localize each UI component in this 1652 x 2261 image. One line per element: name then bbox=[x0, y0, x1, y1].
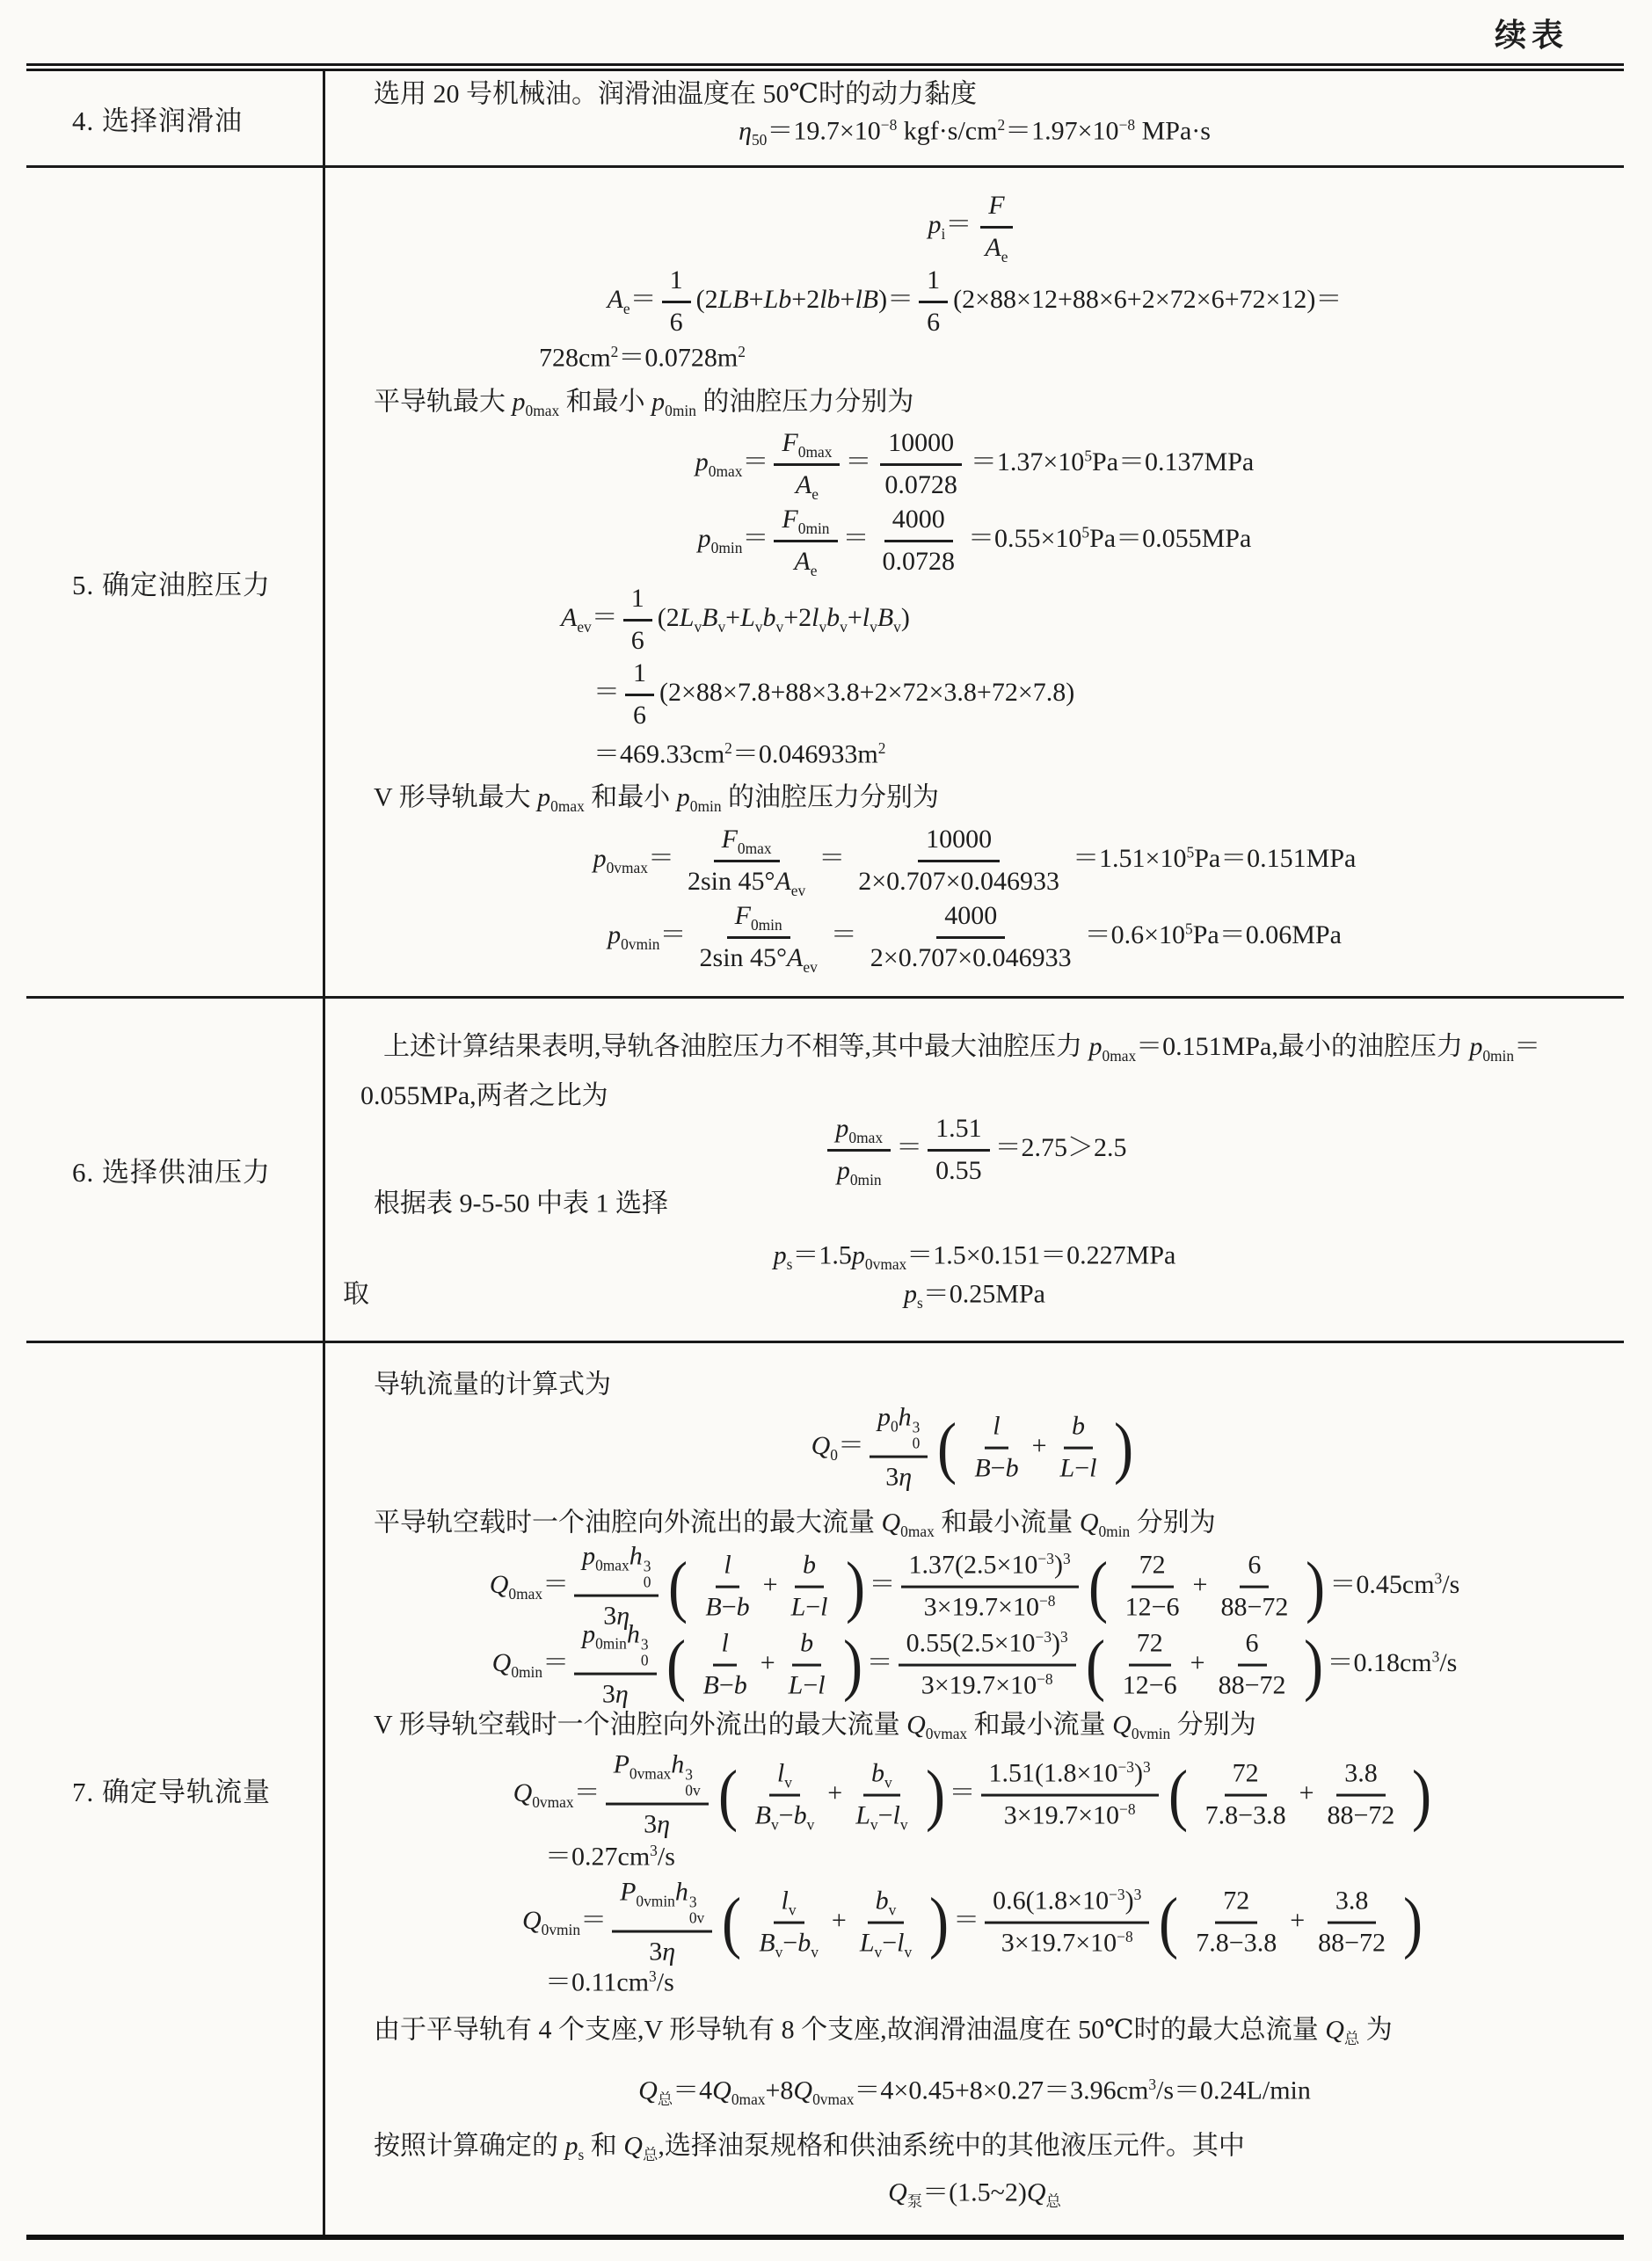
formula-aev: Aev＝16(2LvBv+Lvbv+2lvbv+lvBv) bbox=[561, 583, 910, 657]
formula-q0vmin: Q0vmin＝P0vminh30v3η(lvBv−bv+bvLv−lv)＝0.6… bbox=[325, 1877, 1624, 1969]
step4-label: 4. 选择润滑油 bbox=[26, 98, 243, 138]
flat-rail-flow-text: 平导轨空载时一个油腔向外流出的最大流量 Q0max 和最小流量 Q0min 分别… bbox=[374, 1506, 1216, 1539]
formula-qtotal: Q总＝4Q0max+8Q0vmax＝4×0.45+8×0.27＝3.96cm3/… bbox=[325, 2074, 1624, 2107]
step6-label: 6. 选择供油压力 bbox=[26, 1150, 271, 1189]
flat-rail-pressure-text: 平导轨最大 p0max 和最小 p0min 的油腔压力分别为 bbox=[374, 385, 913, 418]
calculation-table: 4. 选择润滑油 选用 20 号机械油。润滑油温度在 50℃时的动力黏度 η50… bbox=[26, 63, 1624, 2240]
continuation-label: 续表 bbox=[1495, 11, 1568, 55]
step7-content-cell: 导轨流量的计算式为 Q0＝p0h303η(lB−b+bL−l) 平导轨空载时一个… bbox=[325, 1343, 1624, 2235]
formula-pi: pi＝FAe bbox=[325, 190, 1624, 264]
formula-q0vmin-result: ＝0.11cm3/s bbox=[545, 1966, 674, 1999]
step7-label-cell: 7. 确定导轨流量 bbox=[26, 1343, 325, 2235]
formula-p0vmin: p0vmin＝F0min2sin 45°Aev＝40002×0.707×0.04… bbox=[325, 900, 1624, 974]
formula-ps-chosen-line: 取 ps＝0.25MPa bbox=[325, 1277, 1624, 1311]
pump-selection-text: 按照计算确定的 ps 和 Q总,选择油泵规格和供油系统中的其他液压元件。其中 bbox=[374, 2129, 1245, 2163]
step4-content-cell: 选用 20 号机械油。润滑油温度在 50℃时的动力黏度 η50＝19.7×10−… bbox=[325, 71, 1624, 165]
oil-selection-text: 选用 20 号机械油。润滑油温度在 50℃时的动力黏度 bbox=[374, 77, 977, 111]
table-row-step5: 5. 确定油腔压力 pi＝FAe Ae＝16(2LB+Lb+2lb+lB)＝16… bbox=[26, 165, 1624, 996]
formula-ps: ps＝1.5p0vmax＝1.5×0.151＝0.227MPa bbox=[325, 1239, 1624, 1272]
formula-aev-numeric: ＝16(2×88×7.8+88×3.8+2×72×3.8+72×7.8) bbox=[593, 658, 1074, 731]
formula-p0vmax: p0vmax＝F0max2sin 45°Aev＝100002×0.707×0.0… bbox=[325, 824, 1624, 898]
step5-content-cell: pi＝FAe Ae＝16(2LB+Lb+2lb+lB)＝16(2×88×12+8… bbox=[325, 168, 1624, 996]
formula-ae-result: 728cm2＝0.0728m2 bbox=[539, 341, 746, 374]
formula-q0vmax-result: ＝0.27cm3/s bbox=[545, 1840, 675, 1873]
table-row-step6: 6. 选择供油压力 上述计算结果表明,导轨各油腔压力不相等,其中最大油腔压力 p… bbox=[26, 996, 1624, 1341]
table-row-step4: 4. 选择润滑油 选用 20 号机械油。润滑油温度在 50℃时的动力黏度 η50… bbox=[26, 71, 1624, 165]
formula-q0: Q0＝p0h303η(lB−b+bL−l) bbox=[325, 1402, 1624, 1494]
step6-label-cell: 6. 选择供油压力 bbox=[26, 999, 325, 1341]
total-flow-text: 由于平导轨有 4 个支座,V 形导轨有 8 个支座,故润滑油温度在 50℃时的最… bbox=[374, 2013, 1393, 2047]
step4-label-cell: 4. 选择润滑油 bbox=[26, 71, 325, 165]
v-rail-flow-text: V 形导轨空载时一个油腔向外流出的最大流量 Q0vmax 和最小流量 Q0vmi… bbox=[374, 1708, 1256, 1741]
v-rail-pressure-text: V 形导轨最大 p0max 和最小 p0min 的油腔压力分别为 bbox=[374, 781, 939, 814]
formula-q0min: Q0min＝p0minh303η(lB−b+bL−l)＝0.55(2.5×10−… bbox=[325, 1619, 1624, 1712]
table-row-step7: 7. 确定导轨流量 导轨流量的计算式为 Q0＝p0h303η(lB−b+bL−l… bbox=[26, 1341, 1624, 2235]
step6-content-cell: 上述计算结果表明,导轨各油腔压力不相等,其中最大油腔压力 p0max＝0.151… bbox=[325, 999, 1624, 1341]
step5-label-cell: 5. 确定油腔压力 bbox=[26, 168, 325, 996]
table-reference-text: 根据表 9-5-50 中表 1 选择 bbox=[374, 1187, 668, 1220]
formula-ae: Ae＝16(2LB+Lb+2lb+lB)＝16(2×88×12+88×6+2×7… bbox=[325, 265, 1624, 338]
formula-aev-result: ＝469.33cm2＝0.046933m2 bbox=[593, 738, 885, 771]
formula-ps-chosen: ps＝0.25MPa bbox=[904, 1279, 1045, 1308]
formula-p0min: p0min＝F0minAe＝40000.0728＝0.55×105Pa＝0.05… bbox=[325, 504, 1624, 578]
document-page: 续表 4. 选择润滑油 选用 20 号机械油。润滑油温度在 50℃时的动力黏度 … bbox=[0, 0, 1652, 2261]
pressure-ratio-paragraph: 上述计算结果表明,导轨各油腔压力不相等,其中最大油腔压力 p0max＝0.151… bbox=[360, 1022, 1617, 1121]
formula-viscosity: η50＝19.7×10−8 kgf·s/cm2＝1.97×10−8 MPa·s bbox=[325, 114, 1624, 148]
formula-q0vmax: Q0vmax＝P0vmaxh30v3η(lvBv−bv+bvLv−lv)＝1.5… bbox=[325, 1749, 1624, 1842]
formula-qpump: Q泵＝(1.5~2)Q总 bbox=[325, 2176, 1624, 2209]
flow-formula-text: 导轨流量的计算式为 bbox=[374, 1368, 611, 1401]
take-label: 取 bbox=[343, 1277, 369, 1311]
step7-label: 7. 确定导轨流量 bbox=[26, 1770, 271, 1809]
step5-label: 5. 确定油腔压力 bbox=[26, 563, 271, 602]
formula-pressure-ratio: p0maxp0min＝1.510.55＝2.75＞2.5 bbox=[325, 1113, 1624, 1187]
formula-p0max: p0max＝F0maxAe＝100000.0728＝1.37×105Pa＝0.1… bbox=[325, 427, 1624, 501]
